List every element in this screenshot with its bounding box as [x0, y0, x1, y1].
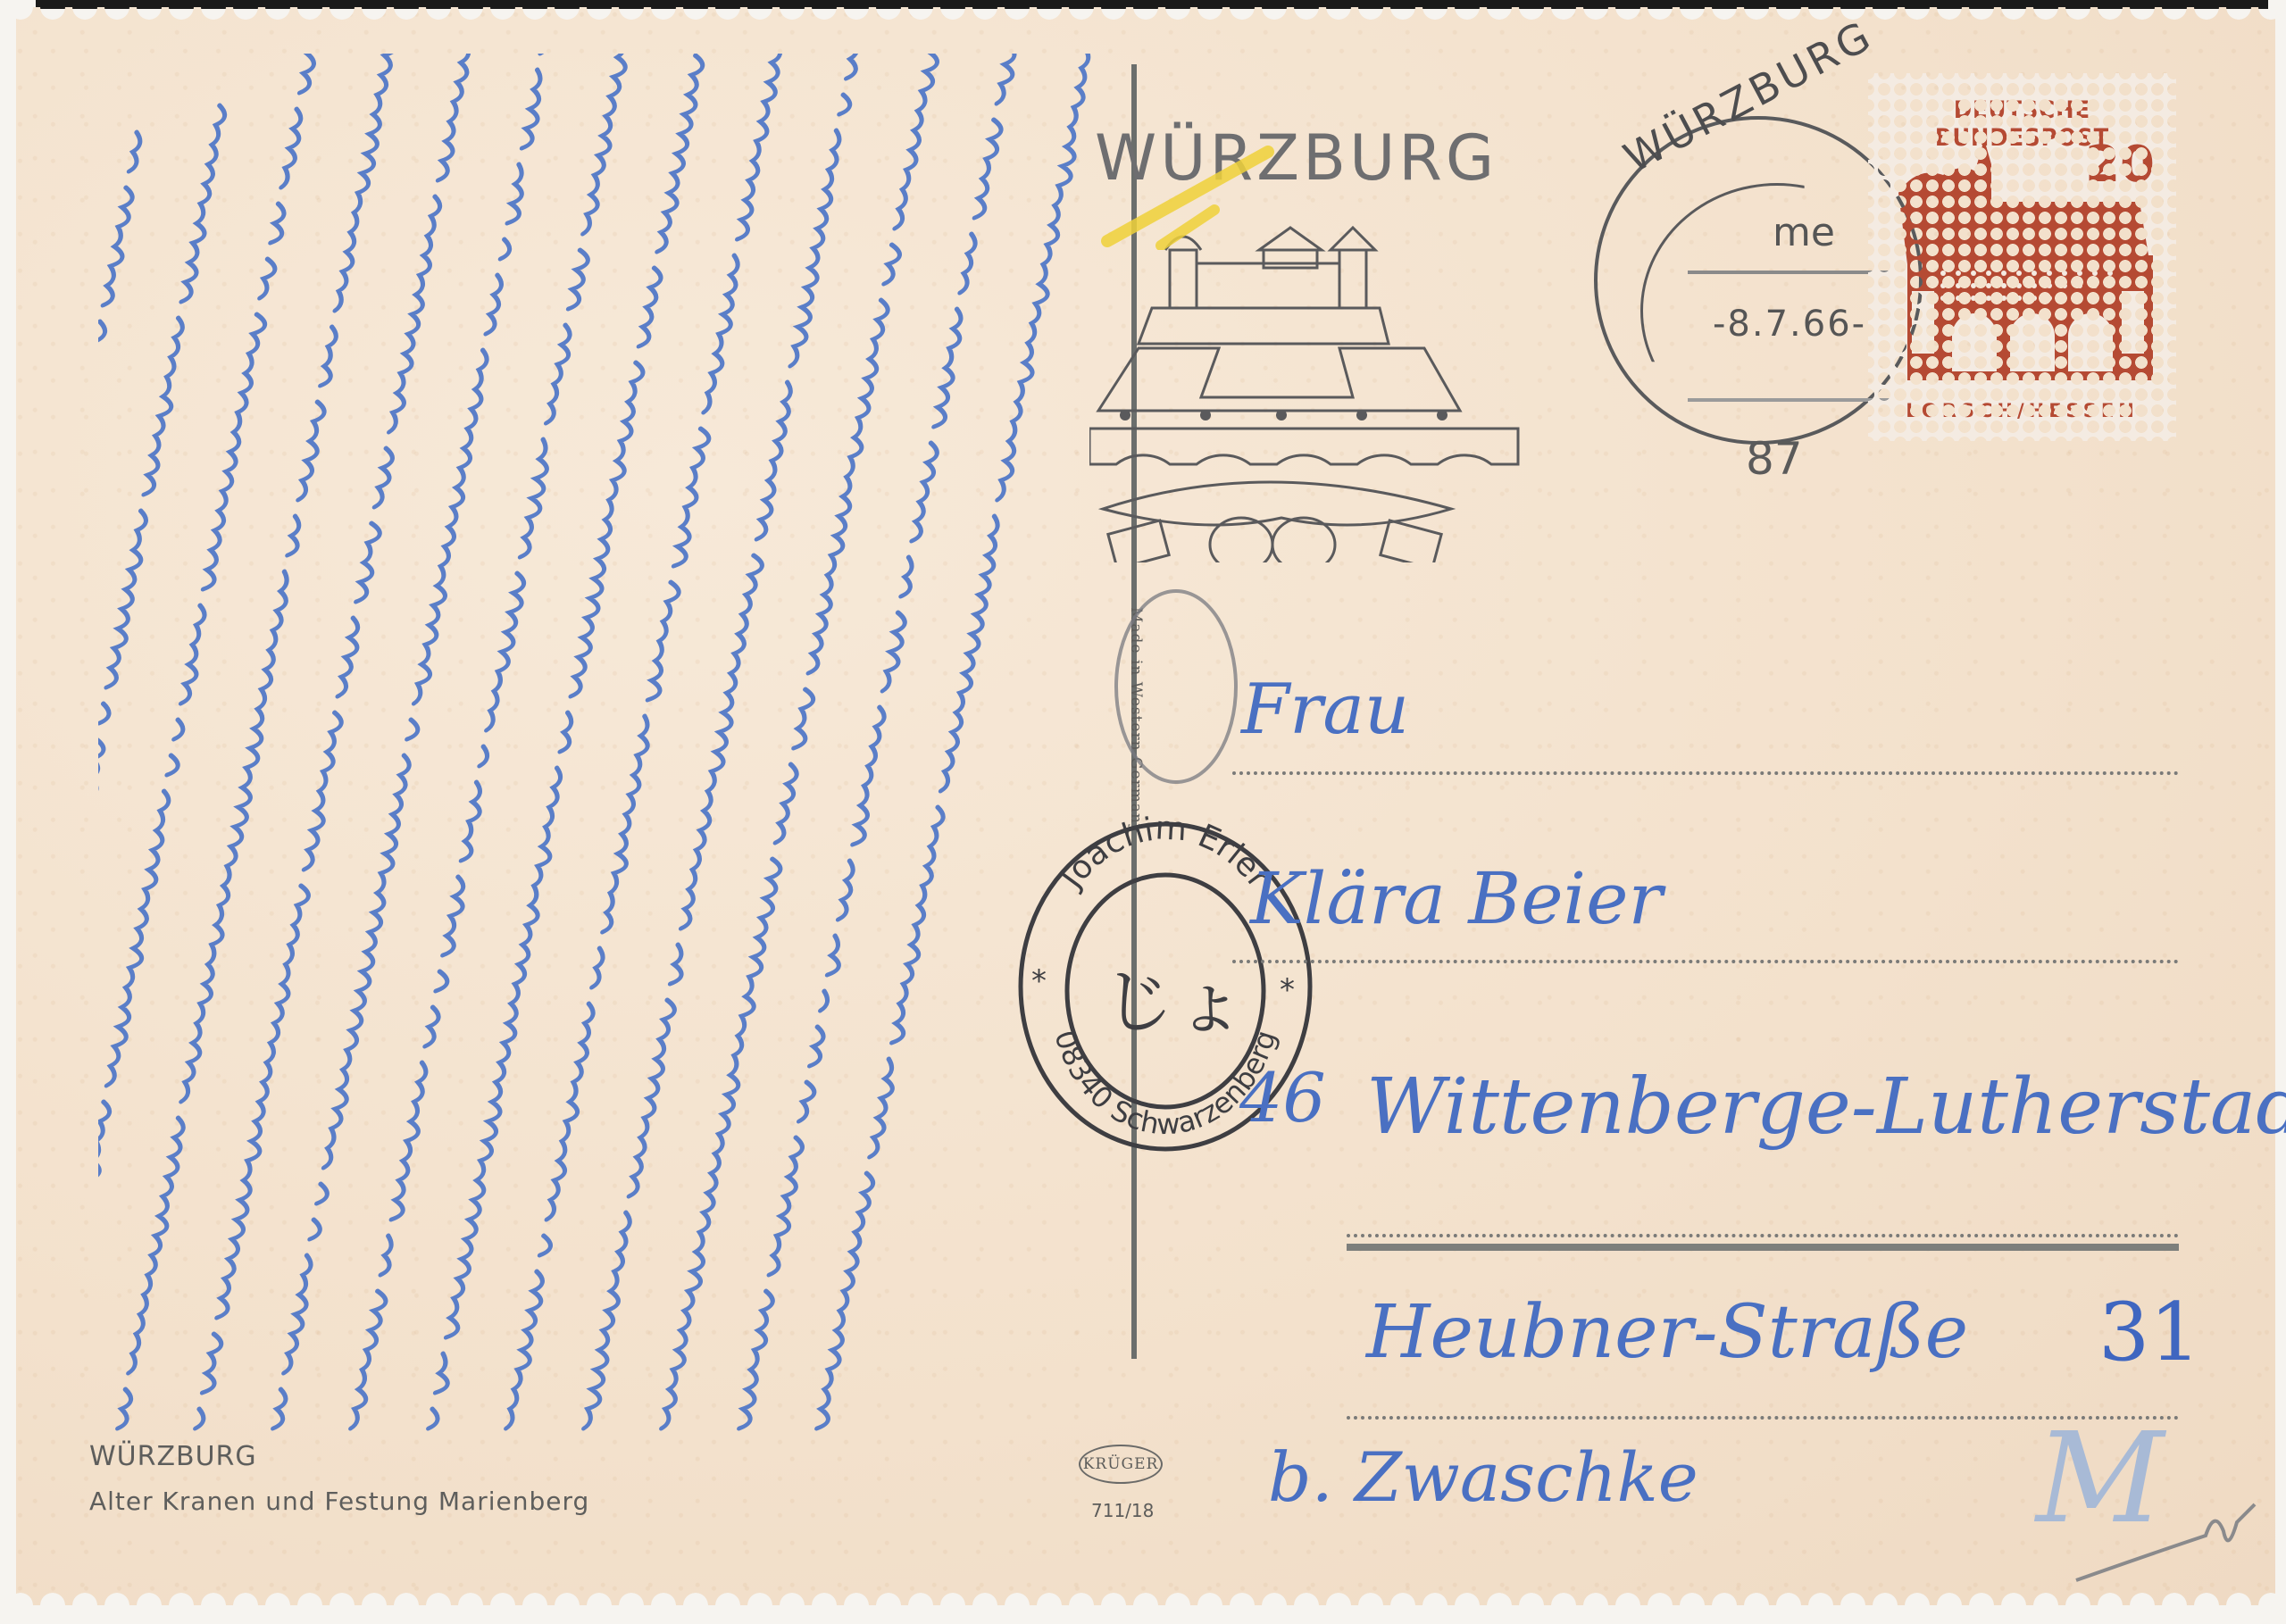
recipient-street: Heubner-Straße: [1366, 1290, 1968, 1375]
yellow-crayon-mark: [1098, 134, 1277, 250]
svg-text:*: *: [1280, 972, 1295, 1008]
stamp-caption: LORSCH/HESSEN: [1884, 400, 2160, 421]
postmark-bar: [1688, 271, 1893, 274]
postmark-suffix: me: [1773, 210, 1835, 255]
handwritten-message: [98, 54, 1116, 1464]
svg-text:じょ: じょ: [1103, 961, 1246, 1044]
address-underline-bold: [1347, 1244, 2179, 1251]
address-line-3: [1347, 1234, 2179, 1237]
recipient-house-number: 31: [2098, 1286, 2201, 1379]
recipient-postcode: 46: [1239, 1058, 1326, 1137]
svg-text:Joachim Erler: Joachim Erler: [1053, 812, 1278, 896]
address-line-1: [1232, 771, 2179, 775]
postage-stamp: DEUTSCHE BUNDESPOST 20 LORSCH/HESSEN: [1868, 73, 2176, 441]
publisher-logo: KRÜGER: [1079, 1445, 1163, 1484]
recipient-name: Klära Beier: [1250, 857, 1663, 940]
publisher-name: KRÜGER: [1083, 1455, 1159, 1473]
pencil-mark: [2072, 1491, 2268, 1589]
postmark-postcode: 87: [1746, 433, 1803, 485]
svg-text:*: *: [1031, 963, 1047, 999]
postmark-bar: [1688, 398, 1893, 402]
postmark-date: -8.7.66-: [1713, 304, 1866, 345]
caption-subtitle: Alter Kranen und Festung Marienberg: [89, 1487, 589, 1516]
catalog-number: 711/18: [1091, 1500, 1154, 1521]
recipient-salutation: Frau: [1241, 670, 1409, 750]
recipient-city: Wittenberge-Lutherstadt: [1366, 1062, 2286, 1152]
small-seal-stamp: [1114, 589, 1238, 784]
caption-title: WÜRZBURG: [89, 1441, 257, 1472]
address-line-2: [1232, 960, 2179, 963]
lorsch-gatehouse-icon: [1890, 139, 2157, 389]
recipient-care-of: b. Zwaschke: [1268, 1437, 1698, 1517]
